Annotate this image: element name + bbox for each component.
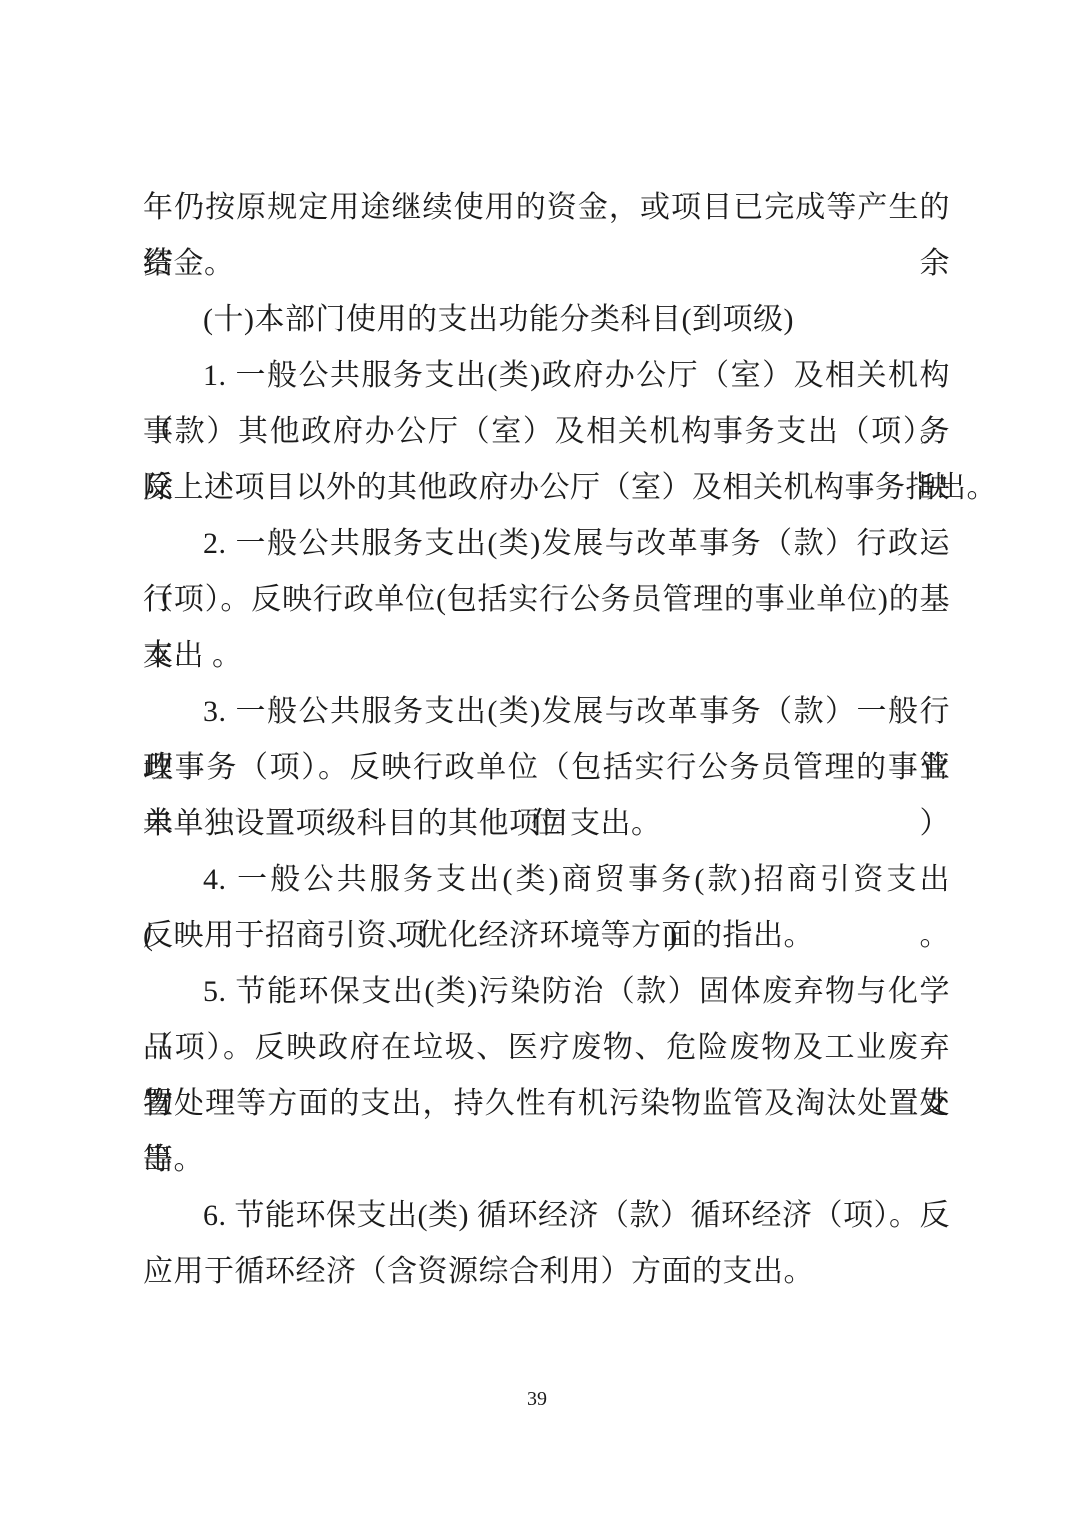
document-page: 年仍按原规定用途继续使用的资金，或项目已完成等产生的结余 资金。 (十)本部门使… (0, 0, 1074, 1520)
text-line: 2. 一般公共服务支出(类)发展与改革事务（款）行政运行 (143, 516, 950, 572)
text-line: 支出 。 (143, 628, 950, 684)
text-line: （项）。反映行政单位(包括实行公务员管理的事业单位)的基本 (143, 572, 950, 628)
text-line: 4. 一般公共服务支出(类)商贸事务(款)招商引资支出(项)。 (143, 852, 950, 908)
page-body: 年仍按原规定用途继续使用的资金，或项目已完成等产生的结余 资金。 (十)本部门使… (143, 180, 950, 1300)
page-number: 39 (0, 1385, 1074, 1413)
text-line: 置处理等方面的支出，持久性有机污染物监管及淘汰处置支出 (143, 1076, 950, 1132)
text-line: 理事务（项）。反映行政单位（包括实行公务员管理的事业单位） (143, 740, 950, 796)
text-line: 3. 一般公共服务支出(类)发展与改革事务（款）一般行政管 (143, 684, 950, 740)
text-line: 6. 节能环保支出(类) 循环经济（款）循环经济（项）。反 (143, 1188, 950, 1244)
text-line: （项）。反映政府在垃圾、医疗废物、危险废物及工业废弃物处 (143, 1020, 950, 1076)
text-line: 5. 节能环保支出(类)污染防治（款）固体废弃物与化学品 (143, 964, 950, 1020)
text-line: 除上述项目以外的其他政府办公厅（室）及相关机构事务指出。 (143, 460, 950, 516)
text-line: 等。 (143, 1132, 950, 1188)
text-line: 1. 一般公共服务支出(类)政府办公厅（室）及相关机构事务 (143, 348, 950, 404)
text-line: 应用于循环经济（含资源综合利用）方面的支出。 (143, 1244, 950, 1300)
text-line: 年仍按原规定用途继续使用的资金，或项目已完成等产生的结余 (143, 180, 950, 236)
text-line: （款）其他政府办公厅（室）及相关机构事务支出（项）。反映 (143, 404, 950, 460)
section-heading: (十)本部门使用的支出功能分类科目(到项级) (143, 292, 950, 348)
